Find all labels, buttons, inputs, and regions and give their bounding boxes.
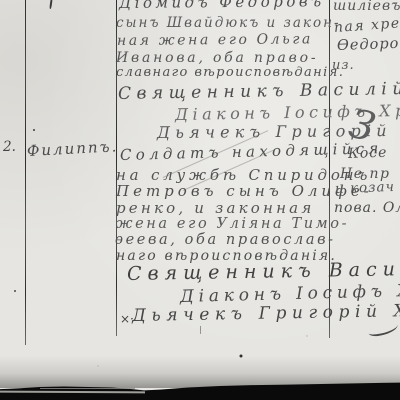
record-line: ная жена его Ольга [117,32,313,48]
clergy-signature: Дьячекъ Григорій Хр [132,303,400,325]
right-column-fragment: шиліевъ [333,0,400,13]
table-rule-left [25,0,26,345]
page-edge-highlight [40,388,135,389]
right-column-fragment: Косе [348,146,388,161]
right-column-fragment: и козач [335,181,395,197]
record-line: Солдатъ находящійся [120,141,383,163]
record-line: ренко, и законная [116,201,314,216]
entry-name: Филиппъ. [27,139,119,159]
right-column-fragment: Ѳедоров [337,36,400,53]
record-line: Діомидъ Федоровъ [119,0,325,11]
record-line: жена его Уліяна Тимо- [116,217,349,232]
rule-fragment [200,326,201,334]
record-line: славнаго вѣроисповѣданія. [116,66,344,79]
record-line: ѳеева, оба православ- [115,233,336,248]
record-line: на службѣ Спиридонъ [116,168,371,183]
record-line: Иванова, оба право- [116,51,318,65]
manuscript-page: 2. Филиппъ. Діомидъ Федоровъ сынъ Швайдю… [0,0,400,400]
right-column-fragment: пова. Ол [334,201,400,215]
ink-specks [0,0,2,2]
cut-ink-stroke [49,0,53,9]
clergy-signature: Священникъ Василій Са [118,80,400,103]
page-edge-shadow [0,356,400,388]
row-number: 2. [3,141,16,155]
right-column-fragment: из. [332,59,355,72]
record-line: сынъ Швайдюкъ и закон- [116,17,341,31]
clergy-signature: Священникъ Василій [127,259,400,284]
signature-tail-flourish [367,320,399,338]
right-column-fragment: пая хре [334,16,400,35]
